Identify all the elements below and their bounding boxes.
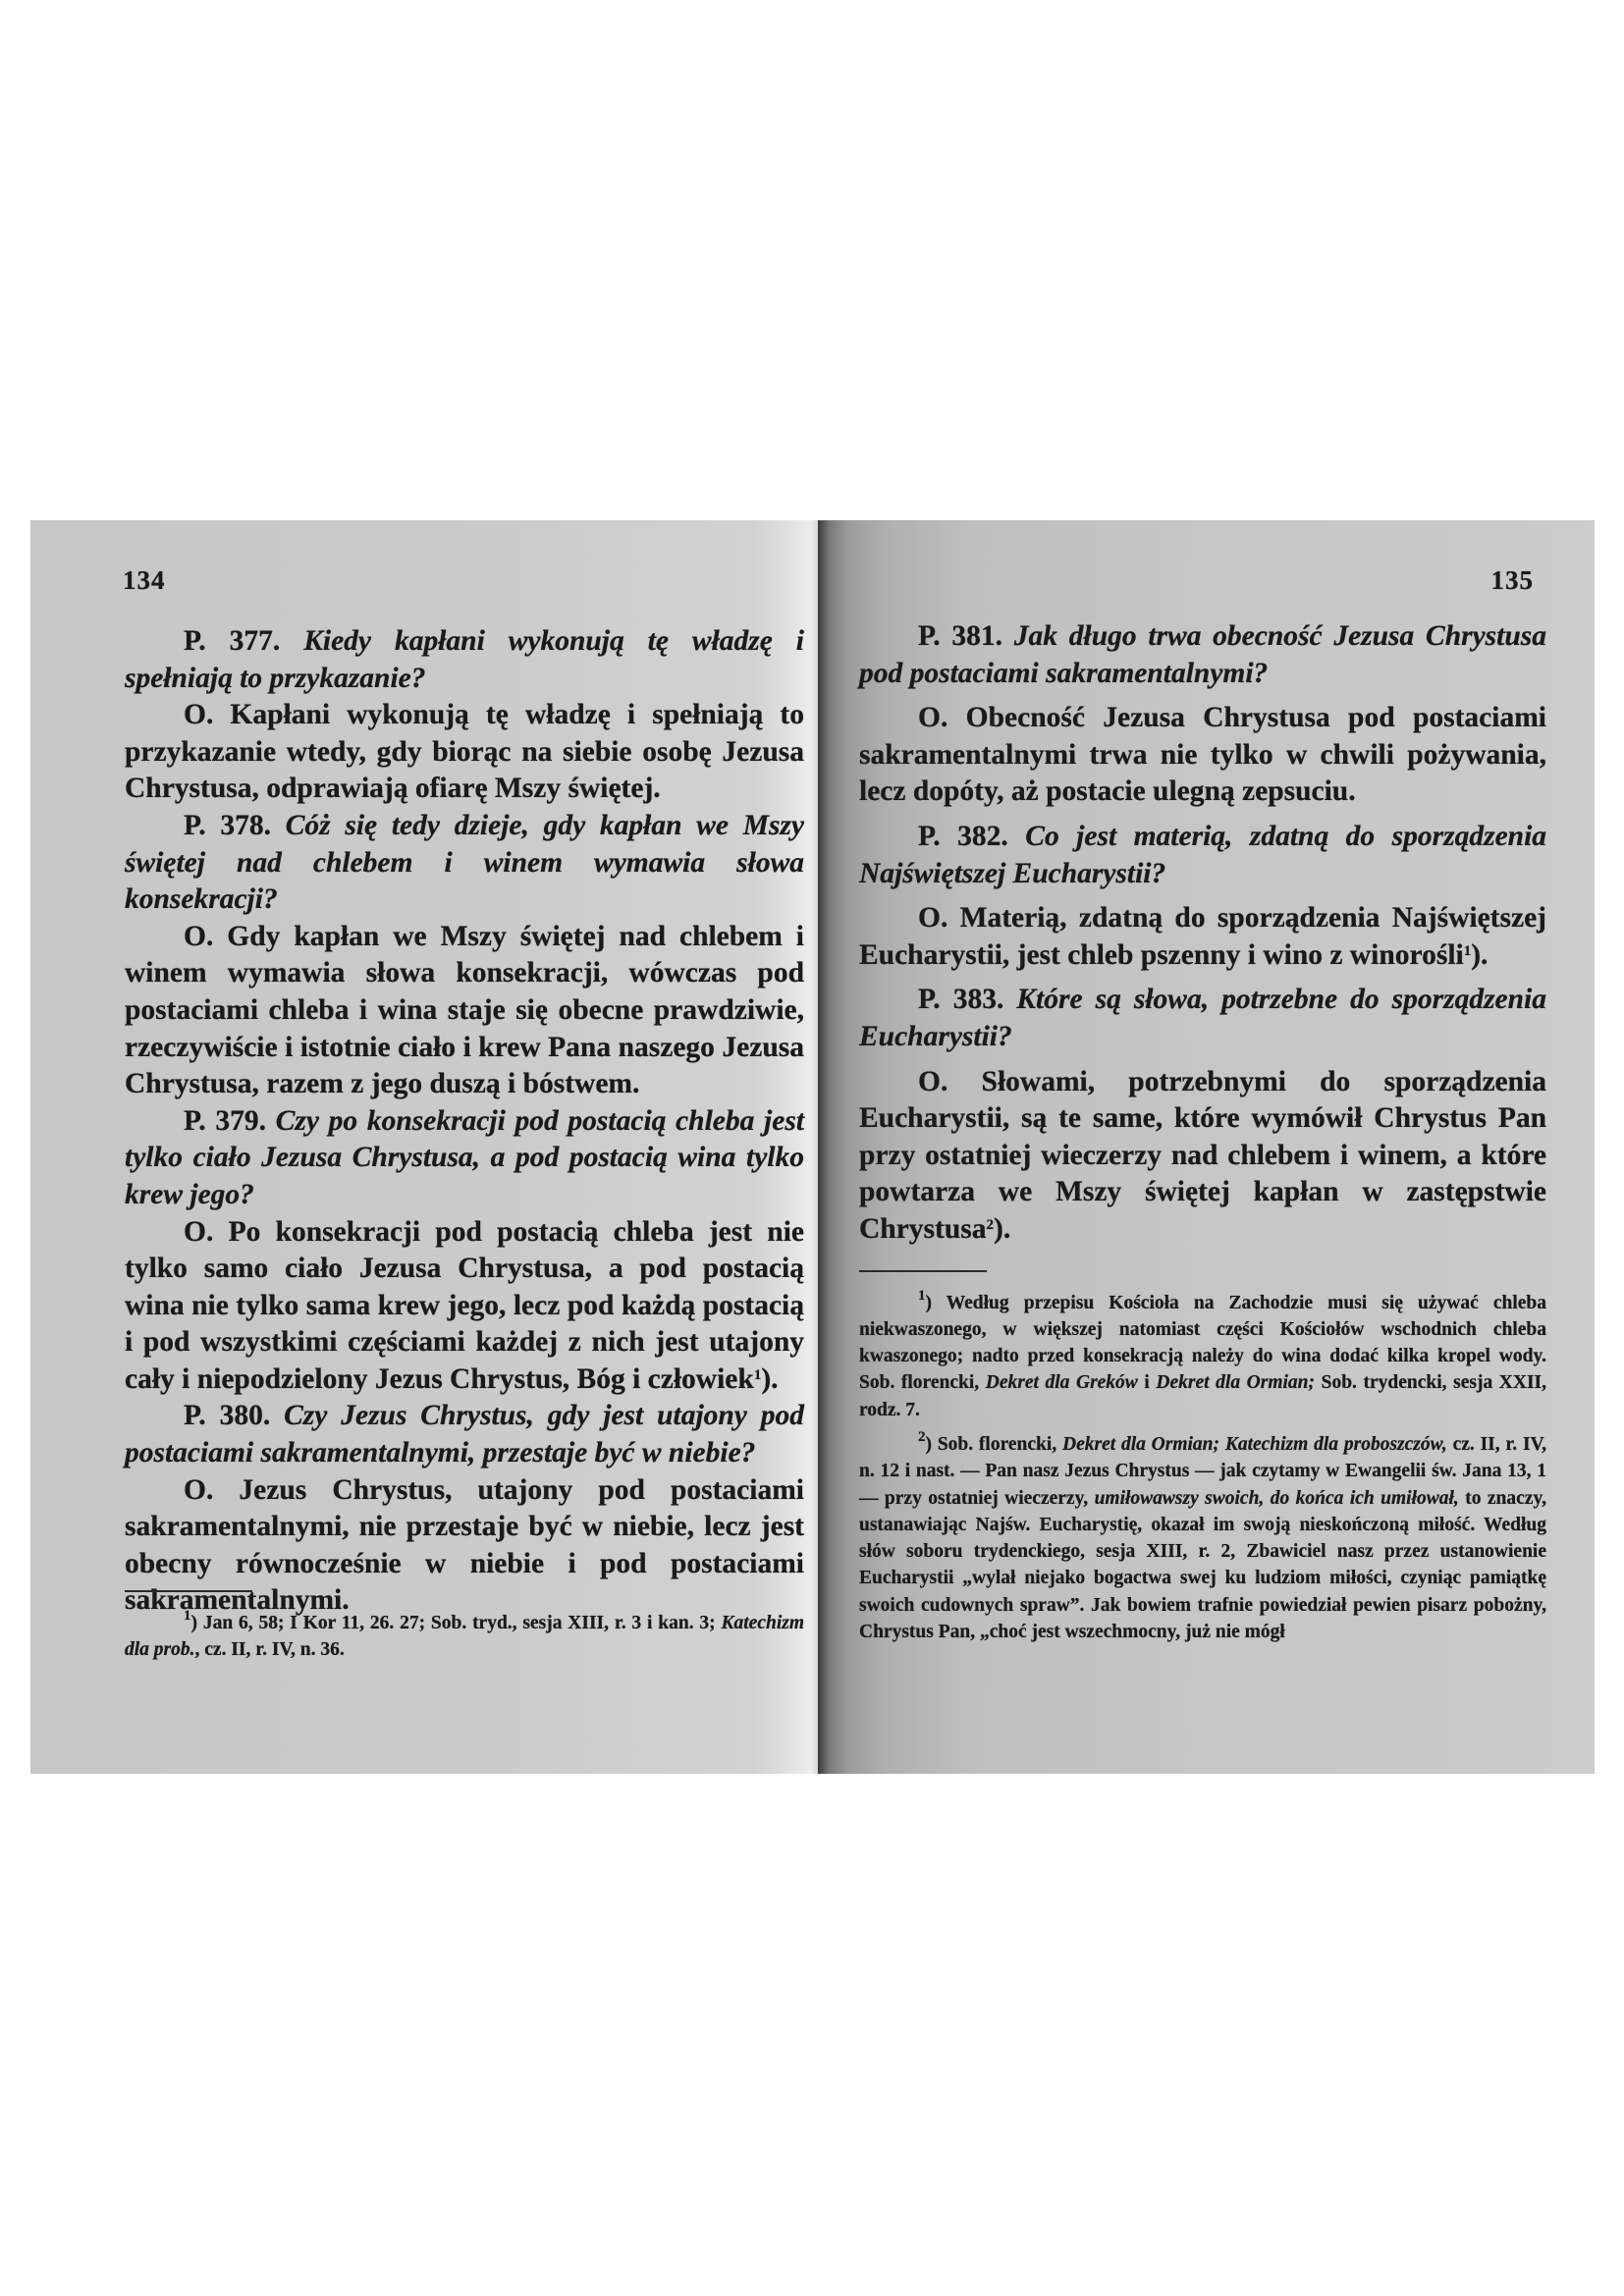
answer-text: O. Materią, zdatną do sporządzenia Najśw…	[859, 902, 1546, 971]
answer-paragraph: O. Obecność Jezusa Chrystusa pod postaci…	[859, 700, 1546, 811]
question-paragraph: P. 381. Jak długo trwa obecność Jezusa C…	[859, 618, 1546, 692]
answer-paragraph: O. Po konsekracji pod postacią chleba je…	[125, 1214, 804, 1399]
footnote: 2) Sob. florencki, Dekret dla Ormian; Ka…	[859, 1431, 1546, 1645]
footnote-ref[interactable]: 2	[987, 1217, 995, 1233]
footnote-divider	[125, 1590, 252, 1592]
question-paragraph: P. 383. Które są słowa, potrzebne do spo…	[859, 982, 1546, 1055]
question-number: P. 377.	[184, 625, 280, 657]
question-number: P. 383.	[918, 984, 1003, 1015]
footnotes: 1) Według przepisu Kościoła na Zachodzie…	[859, 1270, 1546, 1646]
footnote-divider	[859, 1270, 987, 1272]
footnote-text: Jan 6, 58; I Kor 11, 26. 27; Sob. tryd.,…	[203, 1613, 722, 1633]
question-number: P. 382.	[918, 821, 1008, 852]
answer-text: O. Słowami, potrzebnymi do sporządzenia …	[859, 1066, 1546, 1245]
answer-paragraph: O. Kapłani wykonują tę władzę i spełniaj…	[125, 697, 804, 808]
question-number: P. 381.	[918, 620, 1002, 652]
footnote-text: , cz. II, r. IV, n. 36.	[195, 1639, 345, 1660]
footnote-marker: 1	[184, 1608, 191, 1624]
footnote-text: Sob. florencki,	[938, 1434, 1062, 1455]
question-paragraph: P. 382. Co jest materią, zdatną do sporz…	[859, 819, 1546, 892]
footnote-italic: Dekret dla Greków	[986, 1372, 1138, 1393]
answer-paragraph: O. Słowami, potrzebnymi do sporządzenia …	[859, 1064, 1546, 1249]
question-number: P. 379.	[184, 1105, 266, 1137]
answer-text: O. Po konsekracji pod postacią chleba je…	[125, 1216, 804, 1395]
book-spread: 134 P. 377. Kiedy kapłani wykonują tę wł…	[30, 520, 1595, 1774]
footnotes: 1) Jan 6, 58; I Kor 11, 26. 27; Sob. try…	[125, 1590, 804, 1672]
footnote-italic: umiłowawszy swoich, do końca ich umiłowa…	[1095, 1488, 1459, 1509]
answer-paragraph: O. Materią, zdatną do sporządzenia Najśw…	[859, 900, 1546, 974]
page-number: 134	[123, 565, 166, 596]
answer-tail: ).	[994, 1213, 1010, 1245]
answer-tail: ).	[1471, 939, 1488, 971]
left-page: 134 P. 377. Kiedy kapłani wykonują tę wł…	[30, 520, 818, 1774]
footnote-text: to znaczy, ustanawiając Najśw. Eucharyst…	[859, 1488, 1546, 1642]
footnote: 1) Jan 6, 58; I Kor 11, 26. 27; Sob. try…	[125, 1610, 804, 1664]
question-paragraph: P. 379. Czy po konsekracji pod postacią …	[125, 1103, 804, 1214]
footnote-italic: Dekret dla Ormian; Katechizm dla probosz…	[1062, 1434, 1447, 1455]
footnote-italic: Dekret dla Ormian;	[1156, 1372, 1315, 1393]
footnote-marker: 1	[918, 1288, 926, 1304]
question-paragraph: P. 380. Czy Jezus Chrystus, gdy jest uta…	[125, 1398, 804, 1471]
catechism-text: P. 381. Jak długo trwa obecność Jezusa C…	[859, 618, 1546, 1653]
answer-paragraph: O. Gdy kapłan we Mszy świętej nad chlebe…	[125, 919, 804, 1103]
footnote-text: i	[1138, 1372, 1157, 1393]
question-paragraph: P. 378. Cóż się tedy dzieje, gdy kapłan …	[125, 808, 804, 919]
page-number: 135	[1491, 565, 1535, 596]
footnote-marker: 2	[918, 1429, 926, 1445]
right-page: 135 P. 381. Jak długo trwa obecność Jezu…	[818, 520, 1595, 1774]
answer-tail: ).	[761, 1363, 778, 1395]
footnote: 1) Według przepisu Kościoła na Zachodzie…	[859, 1290, 1546, 1423]
question-number: P. 380.	[184, 1400, 270, 1431]
question-number: P. 378.	[184, 810, 271, 841]
catechism-text: P. 377. Kiedy kapłani wykonują tę władzę…	[125, 623, 804, 1620]
question-paragraph: P. 377. Kiedy kapłani wykonują tę władzę…	[125, 623, 804, 697]
